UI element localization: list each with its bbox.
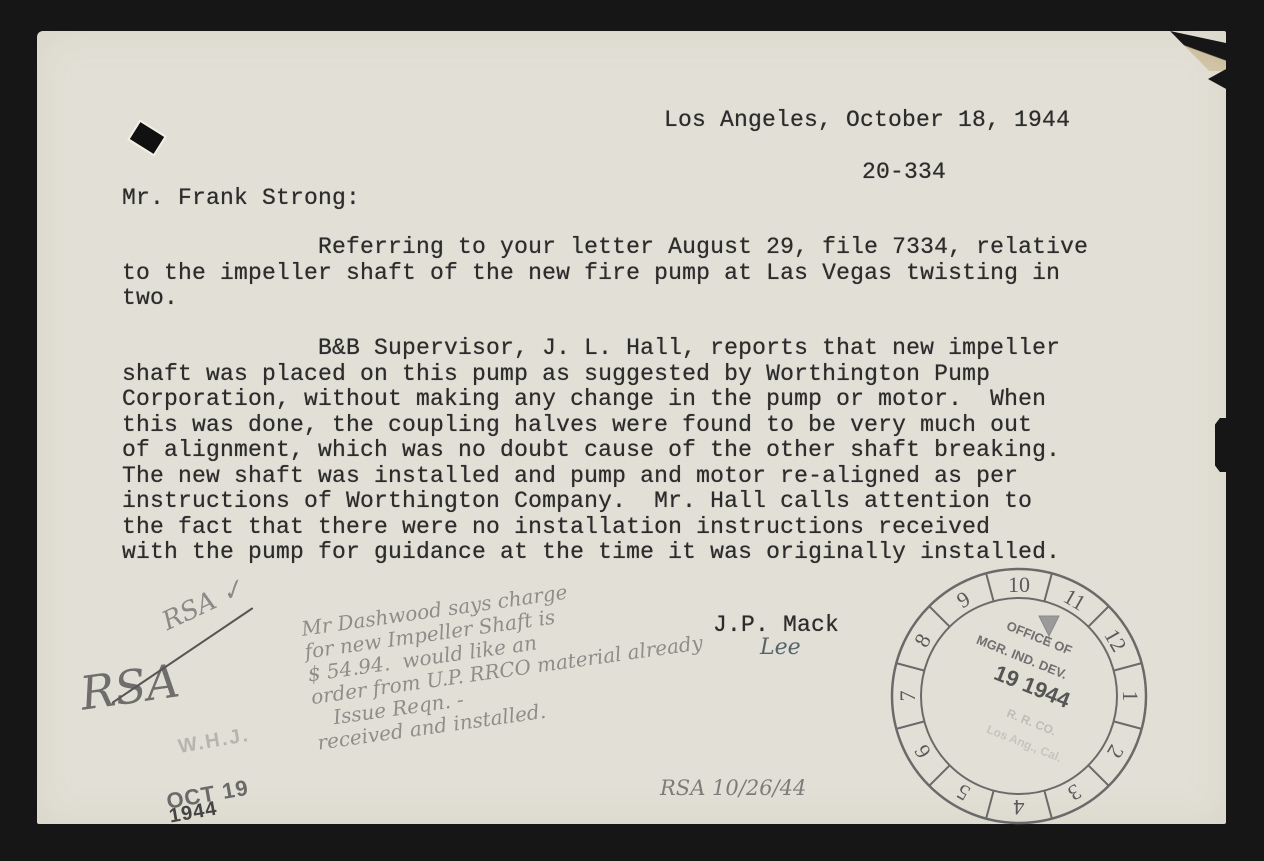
svg-text:5: 5 [952,779,974,806]
salutation: Mr. Frank Strong: [122,186,360,212]
initials-date: RSA 10/26/44 [660,776,806,800]
svg-text:4: 4 [1014,795,1025,820]
svg-text:10: 10 [1008,572,1030,597]
file-number: 20-334 [862,160,946,186]
received-stamp-date: OCT 19 1944 [146,749,255,843]
signature-initials: Lee [760,635,801,660]
svg-text:2: 2 [1102,741,1129,763]
svg-text:3: 3 [1064,779,1086,806]
paragraph-1: Referring to your letter August 29, file… [122,235,1088,312]
svg-text:7: 7 [895,691,920,702]
svg-text:6: 6 [909,741,936,763]
svg-text:8: 8 [909,629,936,651]
paper-notch [1215,418,1229,472]
svg-text:9: 9 [952,586,974,613]
dateline: Los Angeles, October 18, 1944 [664,108,1070,134]
svg-text:1: 1 [1118,691,1143,702]
paragraph-2: B&B Supervisor, J. L. Hall, reports that… [122,336,1060,566]
